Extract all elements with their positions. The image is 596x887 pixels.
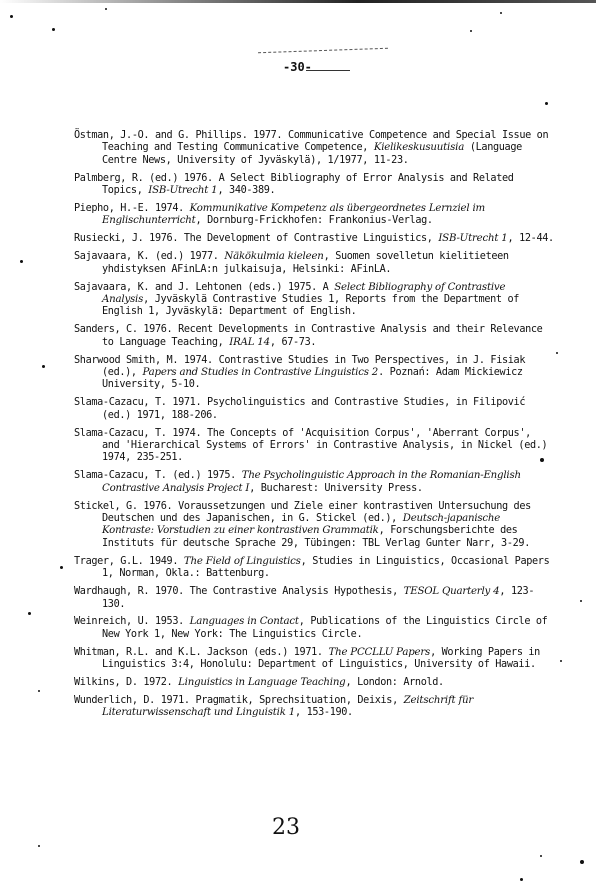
bibliography-entry: Stickel, G. 1976. Voraussetzungen und Zi… bbox=[74, 501, 554, 551]
scan-speck bbox=[560, 660, 562, 662]
bibliography-entry: Rusiecki, J. 1976. The Development of Co… bbox=[74, 233, 554, 245]
scan-speck bbox=[20, 260, 23, 263]
scan-speck bbox=[470, 30, 472, 32]
entry-text: Palmberg, R. (ed.) 1976. A Select Biblio… bbox=[74, 173, 514, 196]
bibliography-entry: Piepho, H.-E. 1974. Kommunikative Kompet… bbox=[74, 203, 554, 228]
entry-text: Sajavaara, K. (ed.) 1977. bbox=[74, 251, 224, 262]
entry-text: Slama-Cazacu, T. 1971. Psycholinguistics… bbox=[74, 397, 525, 420]
header-page-number: -30- bbox=[283, 60, 312, 74]
entry-text: Rusiecki, J. 1976. The Development of Co… bbox=[74, 233, 438, 244]
bibliography-entry: Sharwood Smith, M. 1974. Contrastive Stu… bbox=[74, 355, 554, 392]
scan-speck bbox=[42, 365, 45, 368]
entry-title-italic: Papers and Studies in Contrastive Lingui… bbox=[142, 367, 378, 378]
entry-text: Weinreich, U. 1953. bbox=[74, 616, 190, 627]
bibliography-entry: Trager, G.L. 1949. The Field of Linguist… bbox=[74, 556, 554, 581]
entry-text: , 153-190. bbox=[295, 707, 353, 718]
bibliography-entry: Slama-Cazacu, T. 1971. Psycholinguistics… bbox=[74, 397, 554, 422]
entry-title-italic: TESOL Quarterly 4 bbox=[404, 586, 500, 597]
entry-title-italic: Näkökulmia kieleen bbox=[224, 251, 323, 262]
entry-title-italic: ISB-Utrecht 1 bbox=[438, 233, 507, 244]
bibliography-entry: Sajavaara, K. (ed.) 1977. Näkökulmia kie… bbox=[74, 251, 554, 276]
entry-text: Piepho, H.-E. 1974. bbox=[74, 203, 190, 214]
bibliography-entry: Weinreich, U. 1953. Languages in Contact… bbox=[74, 616, 554, 641]
entry-text: Wilkins, D. 1972. bbox=[74, 677, 178, 688]
scan-speck bbox=[38, 845, 40, 847]
scan-speck bbox=[556, 352, 558, 354]
entry-title-italic: Kielikeskusuutisia bbox=[374, 142, 464, 153]
scan-speck bbox=[105, 8, 107, 10]
scan-speck bbox=[60, 566, 63, 569]
bibliography-entry: Sajavaara, K. and J. Lehtonen (eds.) 197… bbox=[74, 282, 554, 319]
entry-text: Slama-Cazacu, T. (ed.) 1975. bbox=[74, 470, 242, 481]
entry-text: Wardhaugh, R. 1970. The Contrastive Anal… bbox=[74, 586, 404, 597]
entry-text: Sajavaara, K. and J. Lehtonen (eds.) 197… bbox=[74, 282, 334, 293]
scan-speck bbox=[545, 102, 548, 105]
entry-title-italic: Languages in Contact bbox=[190, 616, 299, 627]
bibliography-entry: Palmberg, R. (ed.) 1976. A Select Biblio… bbox=[74, 173, 554, 198]
entry-text: Trager, G.L. 1949. bbox=[74, 556, 184, 567]
footer-page-number: 23 bbox=[272, 815, 300, 840]
entry-title-italic: The PCCLLU Papers bbox=[328, 647, 430, 658]
entry-text: , London: Arnold. bbox=[346, 677, 444, 688]
pen-mark bbox=[306, 70, 350, 71]
pen-mark bbox=[258, 48, 388, 54]
entry-title-italic: The Field of Linguistics bbox=[184, 556, 301, 567]
entry-title-italic: IRAL 14 bbox=[229, 337, 270, 348]
scan-speck bbox=[520, 878, 523, 881]
scan-speck bbox=[10, 15, 13, 18]
scan-speck bbox=[500, 12, 502, 14]
scan-speck bbox=[38, 690, 40, 692]
scan-speck bbox=[580, 600, 582, 602]
bibliography-entry: Sanders, C. 1976. Recent Developments in… bbox=[74, 324, 554, 349]
scan-speck bbox=[540, 855, 542, 857]
entry-text: , Jyväskylä Contrastive Studies 1, Repor… bbox=[102, 294, 519, 317]
entry-text: Slama-Cazacu, T. 1974. The Concepts of '… bbox=[74, 428, 547, 464]
entry-text: Wunderlich, D. 1971. Pragmatik, Sprechsi… bbox=[74, 695, 404, 706]
scan-speck bbox=[52, 28, 55, 31]
entry-text: Whitman, R.L. and K.L. Jackson (eds.) 19… bbox=[74, 647, 328, 658]
bibliography-entry: Slama-Cazacu, T. 1974. The Concepts of '… bbox=[74, 428, 554, 465]
scan-speck bbox=[580, 860, 584, 864]
entry-text: , Dornburg-Frickhofen: Frankonius-Verlag… bbox=[196, 215, 433, 226]
scan-speck bbox=[540, 458, 544, 462]
bibliography-entry: Whitman, R.L. and K.L. Jackson (eds.) 19… bbox=[74, 647, 554, 672]
scan-edge bbox=[0, 0, 596, 3]
entry-text: , 340-389. bbox=[217, 185, 275, 196]
bibliography-entry: Slama-Cazacu, T. (ed.) 1975. The Psychol… bbox=[74, 470, 554, 495]
entry-text: , Bucharest: University Press. bbox=[249, 483, 423, 494]
bibliography-entry: Wilkins, D. 1972. Linguistics in Languag… bbox=[74, 677, 554, 689]
entry-text: , 67-73. bbox=[270, 337, 316, 348]
bibliography-entry: Wardhaugh, R. 1970. The Contrastive Anal… bbox=[74, 586, 554, 611]
entry-title-italic: ISB-Utrecht 1 bbox=[148, 185, 217, 196]
document-page: -30- Östman, J.-O. and G. Phillips. 1977… bbox=[0, 0, 596, 887]
bibliography-list: Östman, J.-O. and G. Phillips. 1977. Com… bbox=[74, 130, 554, 725]
entry-text: , 12-44. bbox=[508, 233, 554, 244]
bibliography-entry: Wunderlich, D. 1971. Pragmatik, Sprechsi… bbox=[74, 695, 554, 720]
scan-speck bbox=[28, 612, 31, 615]
bibliography-entry: Östman, J.-O. and G. Phillips. 1977. Com… bbox=[74, 130, 554, 167]
entry-title-italic: Linguistics in Language Teaching bbox=[178, 677, 345, 688]
